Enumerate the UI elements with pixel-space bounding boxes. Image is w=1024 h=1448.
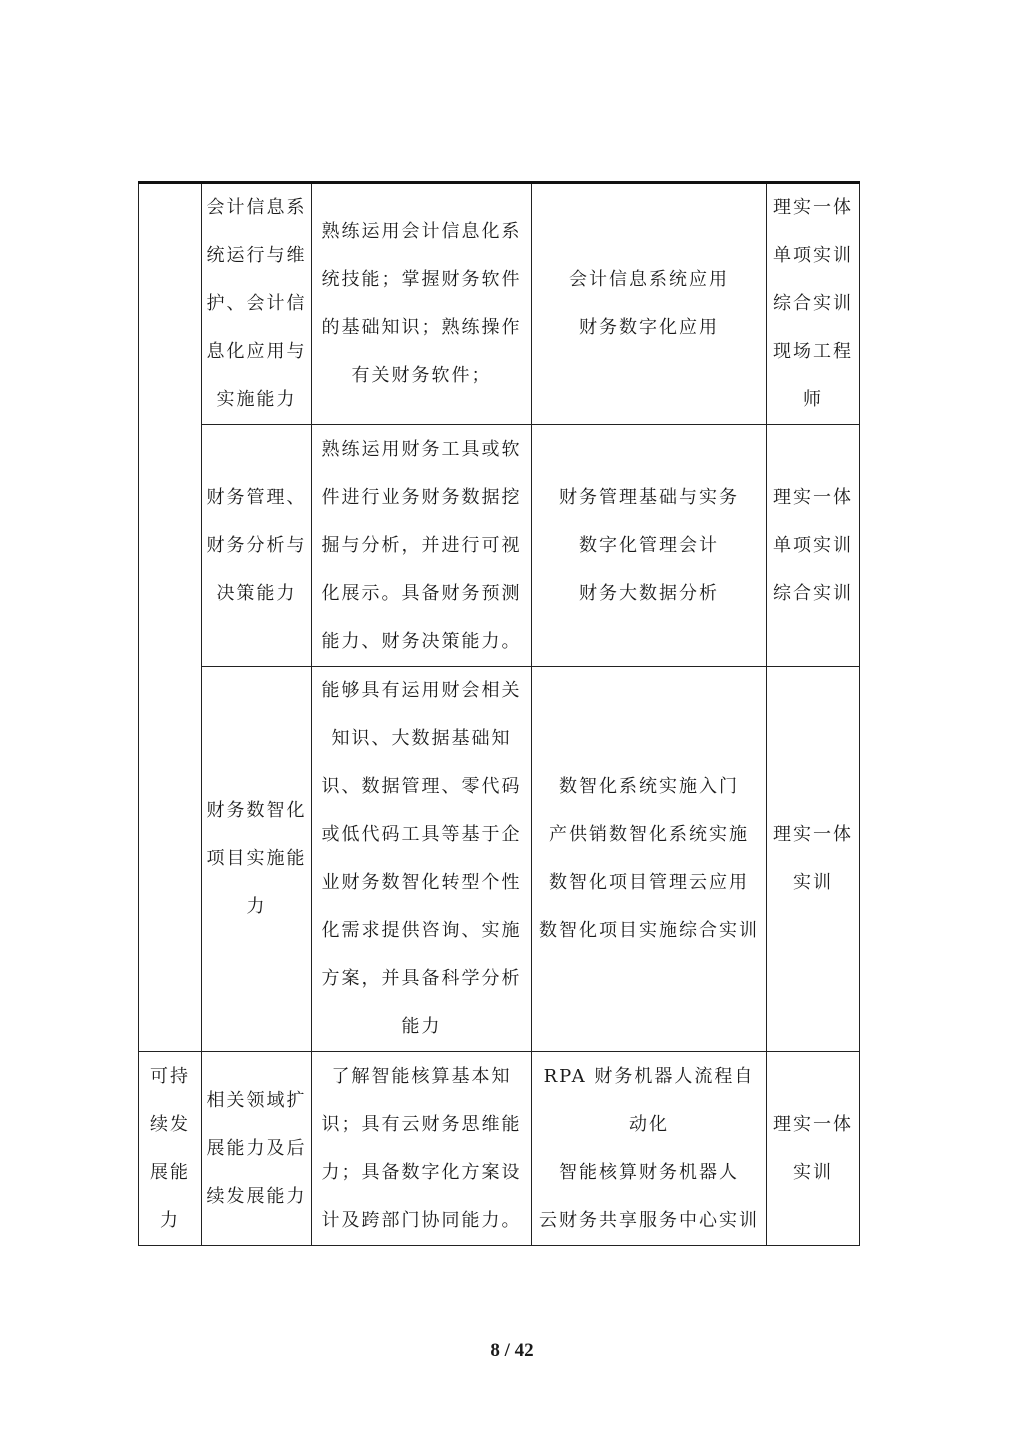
curriculum-ability-table: 会计信息系统运行与维护、会计信息化应用与实施能力 熟练运用会计信息化系统技能；掌… — [138, 181, 860, 1246]
courses-cell: 财务管理基础与实务 数字化管理会计 财务大数据分析 — [532, 425, 767, 667]
table-row: 可持续发展能力 相关领域扩展能力及后续发展能力 了解智能核算基本知识；具有云财务… — [139, 1052, 860, 1246]
course-item: 数智化项目管理云应用 — [536, 859, 762, 907]
ability-cell: 会计信息系统运行与维护、会计信息化应用与实施能力 — [202, 183, 312, 425]
course-item: 财务管理基础与实务 — [536, 474, 762, 522]
method-item: 单项实训 — [771, 522, 855, 570]
methods-cell: 理实一体 单项实训 综合实训 — [767, 425, 860, 667]
course-item: 数智化系统实施入门 — [536, 763, 762, 811]
requirement-cell: 熟练运用会计信息化系统技能；掌握财务软件的基础知识；熟练操作有关财务软件； — [312, 183, 532, 425]
course-item: 产供销数智化系统实施 — [536, 811, 762, 859]
course-item: 会计信息系统应用 — [536, 256, 762, 304]
courses-cell: RPA 财务机器人流程自动化 智能核算财务机器人 云财务共享服务中心实训 — [532, 1052, 767, 1246]
method-item: 实训 — [771, 1149, 855, 1197]
table-row: 财务数智化项目实施能力 能够具有运用财会相关知识、大数据基础知识、数据管理、零代… — [139, 667, 860, 1052]
course-item: RPA 财务机器人流程自动化 — [536, 1053, 762, 1149]
course-item: 云财务共享服务中心实训 — [536, 1197, 762, 1245]
table-row: 会计信息系统运行与维护、会计信息化应用与实施能力 熟练运用会计信息化系统技能；掌… — [139, 183, 860, 425]
ability-cell: 财务管理、财务分析与决策能力 — [202, 425, 312, 667]
method-item: 综合实训 — [771, 280, 855, 328]
course-item: 智能核算财务机器人 — [536, 1149, 762, 1197]
courses-cell: 数智化系统实施入门 产供销数智化系统实施 数智化项目管理云应用 数智化项目实施综… — [532, 667, 767, 1052]
requirement-cell: 能够具有运用财会相关知识、大数据基础知识、数据管理、零代码或低代码工具等基于企业… — [312, 667, 532, 1052]
methods-cell: 理实一体 单项实训 综合实训 现场工程师 — [767, 183, 860, 425]
course-item: 财务数字化应用 — [536, 304, 762, 352]
page-number: 8 / 42 — [0, 1340, 1024, 1362]
table-row: 财务管理、财务分析与决策能力 熟练运用财务工具或软件进行业务财务数据挖掘与分析，… — [139, 425, 860, 667]
method-item: 实训 — [771, 859, 855, 907]
course-item: 数智化项目实施综合实训 — [536, 907, 762, 955]
requirement-cell: 了解智能核算基本知识；具有云财务思维能力；具备数字化方案设计及跨部门协同能力。 — [312, 1052, 532, 1246]
method-item: 综合实训 — [771, 570, 855, 618]
method-item: 单项实训 — [771, 232, 855, 280]
courses-cell: 会计信息系统应用 财务数字化应用 — [532, 183, 767, 425]
category-cell: 可持续发展能力 — [139, 1052, 202, 1246]
method-item: 理实一体 — [771, 811, 855, 859]
method-item: 理实一体 — [771, 1101, 855, 1149]
method-item: 现场工程师 — [771, 328, 855, 424]
course-item: 财务大数据分析 — [536, 570, 762, 618]
method-item: 理实一体 — [771, 474, 855, 522]
methods-cell: 理实一体 实训 — [767, 1052, 860, 1246]
requirement-cell: 熟练运用财务工具或软件进行业务财务数据挖掘与分析，并进行可视化展示。具备财务预测… — [312, 425, 532, 667]
method-item: 理实一体 — [771, 184, 855, 232]
category-cell — [139, 183, 202, 1052]
methods-cell: 理实一体 实训 — [767, 667, 860, 1052]
course-item: 数字化管理会计 — [536, 522, 762, 570]
ability-cell: 财务数智化项目实施能力 — [202, 667, 312, 1052]
ability-cell: 相关领域扩展能力及后续发展能力 — [202, 1052, 312, 1246]
